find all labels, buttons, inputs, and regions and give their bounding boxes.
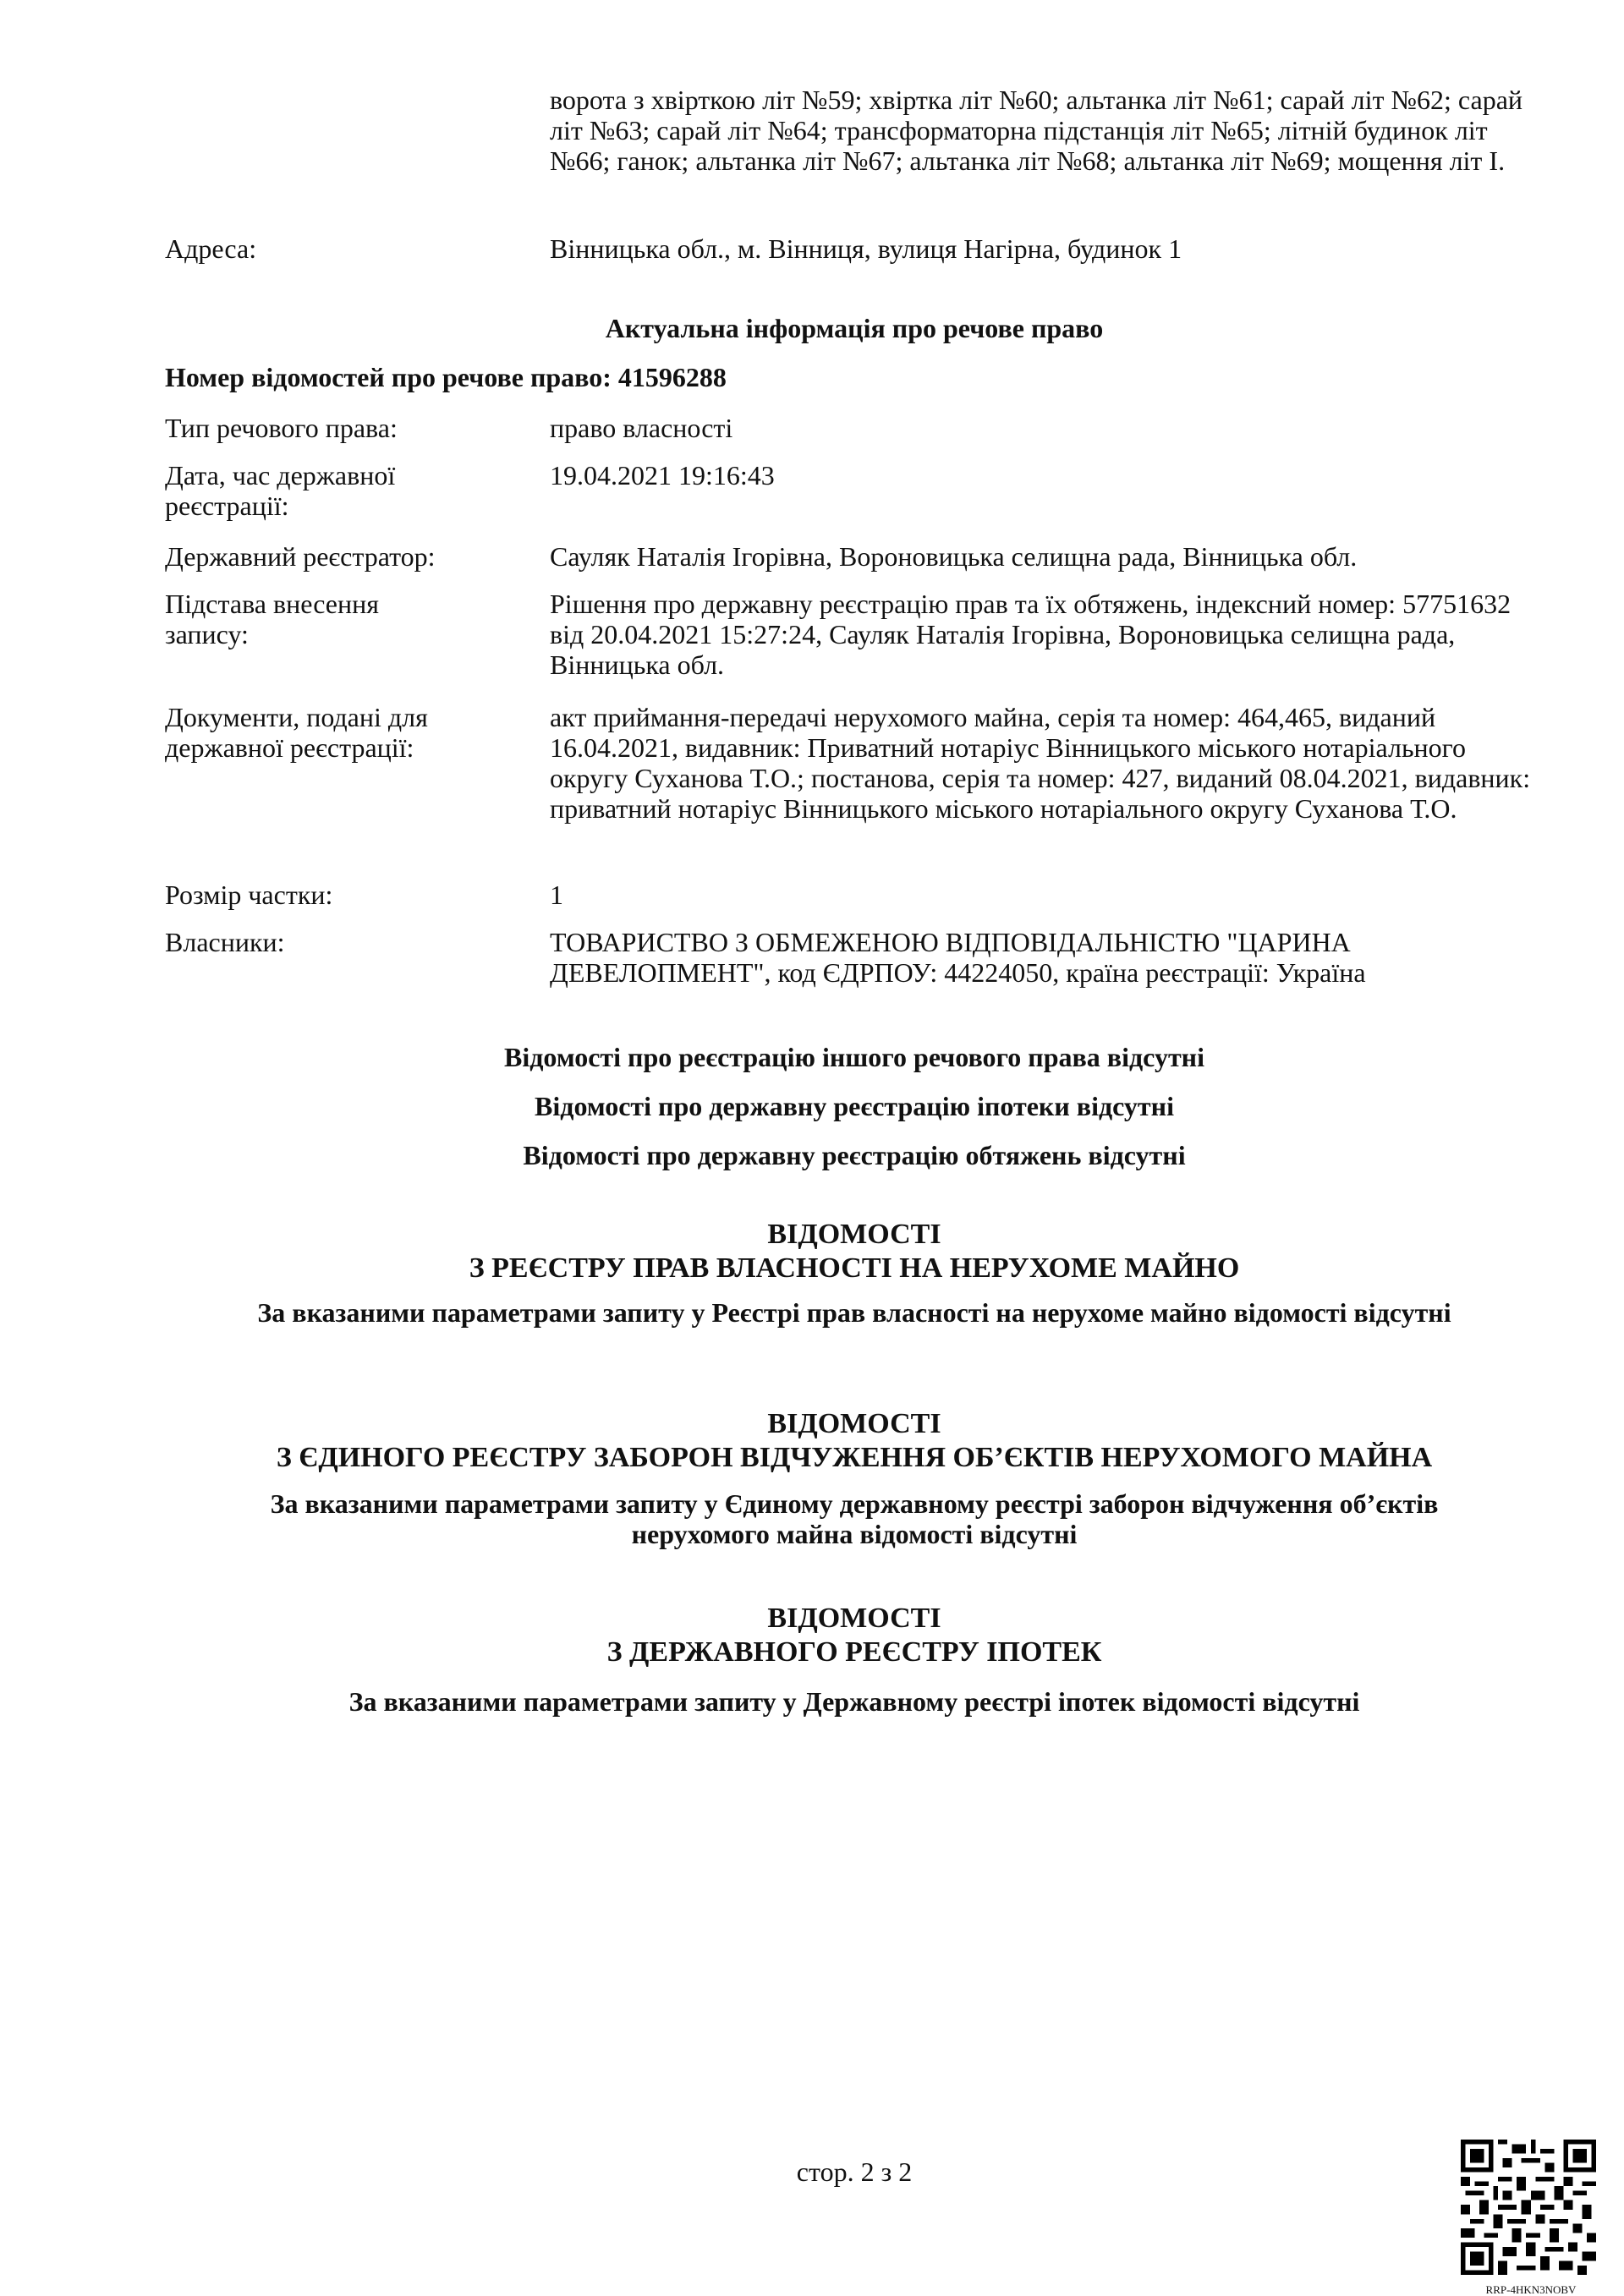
field-row: Підстава внесення запису: Рішення про де…	[165, 589, 1544, 680]
field-row: Документи, подані для державної реєстрац…	[165, 702, 1544, 824]
field-row: Дата, час державної реєстрації: 19.04.20…	[165, 460, 1544, 521]
field-label: Дата, час державної реєстрації:	[165, 460, 436, 521]
registry-title-line2: З ДЕРЖАВНОГО РЕЄСТРУ ІПОТЕК	[165, 1636, 1544, 1669]
registry-title-line2: З ЄДИНОГО РЕЄСТРУ ЗАБОРОН ВІДЧУЖЕННЯ ОБ’…	[165, 1441, 1544, 1475]
field-row: Власники: ТОВАРИСТВО З ОБМЕЖЕНОЮ ВІДПОВІ…	[165, 927, 1544, 988]
section-title: Актуальна інформація про речове право	[165, 313, 1544, 343]
field-value: Рішення про державну реєстрацію прав та …	[550, 589, 1544, 680]
registry-title-line1: ВІДОМОСТІ	[165, 1602, 1544, 1636]
record-number: Номер відомостей про речове право: 41596…	[165, 362, 1544, 392]
field-label: Документи, подані для державної реєстрац…	[165, 702, 469, 824]
field-label: Розмір частки:	[165, 879, 550, 910]
field-row: Розмір частки: 1	[165, 879, 1544, 910]
registry-title: ВІДОМОСТІ З ЄДИНОГО РЕЄСТРУ ЗАБОРОН ВІДЧ…	[165, 1407, 1544, 1475]
field-label: Державний реєстратор:	[165, 541, 550, 572]
absent-note: Відомості про державну реєстрацію обтяже…	[165, 1140, 1544, 1170]
registry-note: За вказаними параметрами запиту у Реєстр…	[165, 1297, 1544, 1328]
absent-note: Відомості про державну реєстрацію іпотек…	[165, 1091, 1544, 1121]
registry-title: ВІДОМОСТІ З ДЕРЖАВНОГО РЕЄСТРУ ІПОТЕК	[165, 1602, 1544, 1669]
field-label: Підстава внесення запису:	[165, 589, 419, 680]
page-number: стор. 2 з 2	[744, 2156, 964, 2188]
qr-code-icon	[1461, 2140, 1596, 2275]
field-value: 1	[550, 879, 1544, 910]
address-label: Адреса:	[165, 233, 550, 264]
registry-title: ВІДОМОСТІ З РЕЄСТРУ ПРАВ ВЛАСНОСТІ НА НЕ…	[165, 1218, 1544, 1285]
field-value: право власності	[550, 413, 1544, 443]
registry-title-line2: З РЕЄСТРУ ПРАВ ВЛАСНОСТІ НА НЕРУХОМЕ МАЙ…	[165, 1252, 1544, 1285]
field-label: Тип речового права:	[165, 413, 550, 443]
registry-title-line1: ВІДОМОСТІ	[165, 1218, 1544, 1252]
object-description-continuation: ворота з хвірткою літ №59; хвіртка літ №…	[550, 85, 1544, 176]
document-code: RRP-4HKN3NOBV	[1451, 2283, 1611, 2296]
registry-note: За вказаними параметрами запиту у Держав…	[165, 1686, 1544, 1717]
field-value: 19.04.2021 19:16:43	[550, 460, 1544, 521]
field-value: Сауляк Наталія Ігорівна, Вороновицька се…	[550, 541, 1544, 572]
address-row: Адреса: Вінницька обл., м. Вінниця, вули…	[165, 233, 1544, 264]
registry-note: За вказаними параметрами запиту у Єдином…	[165, 1488, 1544, 1549]
field-value: ТОВАРИСТВО З ОБМЕЖЕНОЮ ВІДПОВІДАЛЬНІСТЮ …	[550, 927, 1544, 988]
record-number-text: Номер відомостей про речове право: 41596…	[165, 362, 727, 392]
field-value: акт приймання-передачі нерухомого майна,…	[550, 702, 1544, 824]
field-row: Тип речового права: право власності	[165, 413, 1544, 443]
field-row: Державний реєстратор: Сауляк Наталія Іго…	[165, 541, 1544, 572]
absent-note: Відомості про реєстрацію іншого речового…	[165, 1042, 1544, 1072]
field-label: Власники:	[165, 927, 550, 988]
registry-title-line1: ВІДОМОСТІ	[165, 1407, 1544, 1441]
document-page: ворота з хвірткою літ №59; хвіртка літ №…	[0, 0, 1624, 2296]
address-value: Вінницька обл., м. Вінниця, вулиця Нагір…	[550, 233, 1544, 264]
